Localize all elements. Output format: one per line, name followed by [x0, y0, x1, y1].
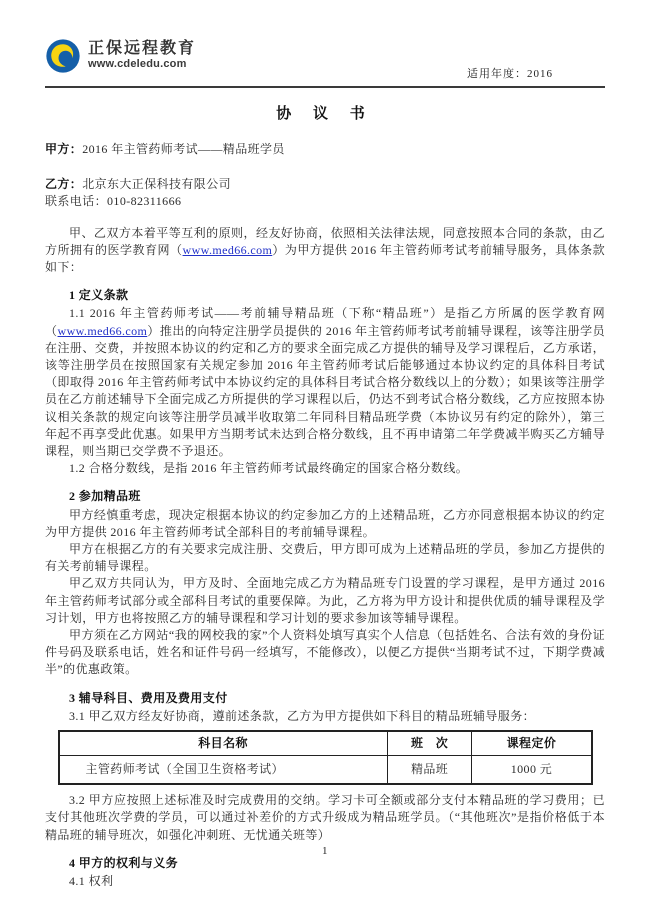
phone-label: 联系电话：: [45, 194, 107, 208]
intro-paragraph: 甲、乙双方本着平等互利的原则，经友好协商，依照相关法律法规，同意按照本合同的条款…: [45, 225, 605, 277]
clause-2-p4: 甲方须在乙方网站“我的网校我的家”个人资料处填写真实个人信息（包括姓名、合法有效…: [45, 627, 605, 679]
clause-3-2: 3.2 甲方应按照上述标准及时完成费用的交纳。学习卡可全额或部分支付本精品班的学…: [45, 792, 605, 844]
fee-table-header-row: 科目名称 班 次 课程定价: [59, 731, 592, 756]
document-title: 协 议 书: [45, 104, 605, 124]
section-1-heading: 1 定义条款: [45, 287, 605, 304]
page-header: 正保远程教育 www.cdeledu.com 适用年度：2016: [45, 38, 605, 88]
document-body: 甲、乙双方本着平等互利的原则，经友好协商，依照相关法律法规，同意按照本合同的条款…: [45, 225, 605, 891]
clause-2-p1: 甲方经慎重考虑，现决定根据本协议的约定参加乙方的上述精品班，乙方亦同意根据本协议…: [45, 507, 605, 541]
clause-1-1: 1.1 2016 年主管药师考试——考前辅导精品班（下称“精品班”）是指乙方所属…: [45, 305, 605, 460]
party-b-line: 乙方：北京东大正保科技有限公司: [45, 176, 605, 193]
document-page: 正保远程教育 www.cdeledu.com 适用年度：2016 协 议 书 甲…: [0, 0, 650, 919]
phone-value: 010-82311666: [107, 194, 181, 208]
page-number: 1: [0, 843, 650, 860]
applicable-year: 适用年度：2016: [467, 66, 553, 83]
clause-2-p3: 甲乙双方共同认为，甲方及时、全面地完成乙方为精品班专门设置的学习课程，是甲方通过…: [45, 575, 605, 627]
fee-cell-class: 精品班: [387, 756, 472, 785]
med66-link[interactable]: www.med66.com: [183, 243, 273, 257]
brand-logo-icon: [45, 38, 81, 74]
fee-table-row: 主管药师考试（全国卫生资格考试） 精品班 1000 元: [59, 756, 592, 785]
brand-text: 正保远程教育 www.cdeledu.com: [88, 38, 196, 71]
parties-block: 甲方：2016 年主管药师考试——精品班学员 乙方：北京东大正保科技有限公司 联…: [45, 141, 605, 211]
phone-line: 联系电话：010-82311666: [45, 193, 605, 210]
clause-3-1: 3.1 甲乙双方经友好协商，遵前述条款，乙方为甲方提供如下科目的精品班辅导服务：: [45, 708, 605, 725]
spacer: [45, 158, 605, 176]
clause-4-1: 4.1 权利: [45, 873, 605, 890]
med66-link[interactable]: www.med66.com: [58, 324, 148, 338]
clause-2-p2: 甲方在根据乙方的有关要求完成注册、交费后，甲方即可成为上述精品班的学员，参加乙方…: [45, 541, 605, 575]
fee-table-header-price: 课程定价: [472, 731, 592, 756]
fee-table: 科目名称 班 次 课程定价 主管药师考试（全国卫生资格考试） 精品班 1000 …: [58, 730, 593, 785]
party-a-line: 甲方：2016 年主管药师考试——精品班学员: [45, 141, 605, 158]
party-a-value: 2016 年主管药师考试——精品班学员: [82, 142, 285, 156]
clause-1-2: 1.2 合格分数线，是指 2016 年主管药师考试最终确定的国家合格分数线。: [45, 460, 605, 477]
section-3-heading: 3 辅导科目、费用及费用支付: [45, 690, 605, 707]
brand-url: www.cdeledu.com: [88, 58, 196, 71]
brand: 正保远程教育 www.cdeledu.com: [45, 38, 196, 74]
fee-table-header-subject: 科目名称: [59, 731, 388, 756]
brand-name: 正保远程教育: [88, 40, 196, 58]
fee-cell-subject: 主管药师考试（全国卫生资格考试）: [59, 756, 388, 785]
party-b-value: 北京东大正保科技有限公司: [82, 177, 231, 191]
fee-cell-price: 1000 元: [472, 756, 592, 785]
clause-1-1-post: ）推出的向特定注册学员提供的 2016 年主管药师考试考前辅导课程，该等注册学员…: [45, 324, 605, 458]
fee-table-header-class: 班 次: [387, 731, 472, 756]
party-a-label: 甲方：: [45, 142, 82, 156]
party-b-label: 乙方：: [45, 177, 82, 191]
section-2-heading: 2 参加精品班: [45, 488, 605, 505]
